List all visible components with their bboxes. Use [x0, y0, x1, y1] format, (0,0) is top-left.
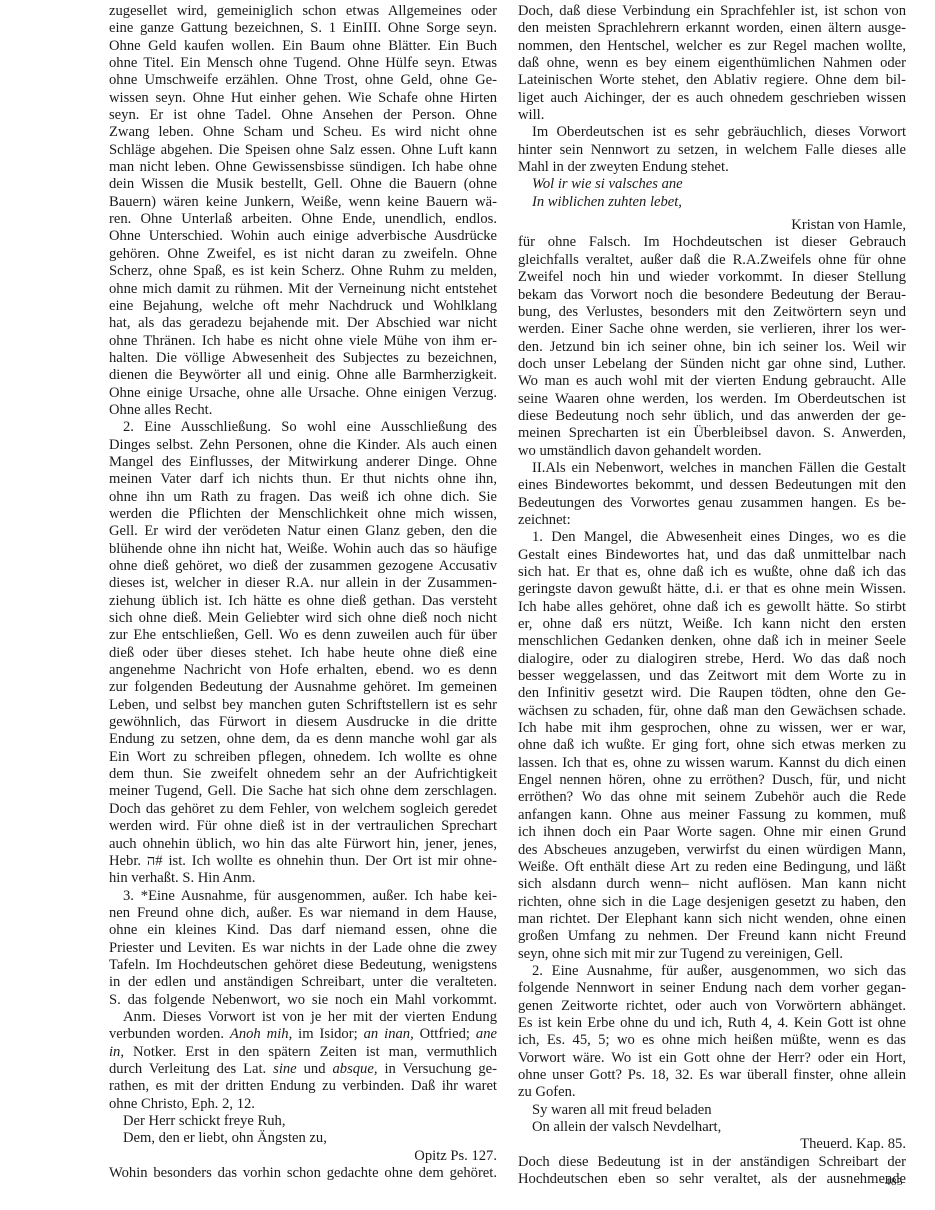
- text-line: eine Bejahung, welche oft mehr Nachdruck…: [109, 298, 497, 315]
- text-line: Ein Wort zu schreiben pflegen, ohnedem. …: [109, 749, 497, 766]
- text-line: Tafeln. Im Hochdeutschen gehöret diese B…: [109, 957, 497, 974]
- text-line: Gell. Er wird der verödeten Natur einen …: [109, 523, 497, 540]
- text-line: in, Notker. Erst in den spätern Zeiten i…: [109, 1044, 497, 1061]
- text-line: zugesellet wird, gemeiniglich schon etwa…: [109, 3, 497, 20]
- text-line: Es ist kein Erbe ohne du und ich, Ruth 4…: [518, 1015, 906, 1032]
- italic-term: an inan,: [364, 1026, 414, 1042]
- text-line: ohne unser Gott? Ps. 18, 32. Es war über…: [518, 1067, 906, 1084]
- text-line: seyn, ohne sich mit mir zur Tugend zu ve…: [518, 946, 906, 963]
- text-line: S. das folgende Nebenwort, wo sie noch e…: [109, 992, 497, 1009]
- text-line: ohne mich damit zu rühmen. Mit der Verne…: [109, 281, 497, 298]
- text-line: ich ihnen doch ein Paar Worte sagen. Ohn…: [518, 824, 906, 841]
- text-line: Theuerd. Kap. 85.: [518, 1136, 906, 1153]
- text-line: den. Jetzund bin ich seiner ohne, bin ic…: [518, 339, 906, 356]
- text-line: ohne daß ich wußte. Er ging fort, ohne s…: [518, 737, 906, 754]
- text-line: Scherz, ohne Spaß, es ist kein Scherz. O…: [109, 263, 497, 280]
- text-line: erröthen? Wo das ohne mit seinem Zubehör…: [518, 789, 906, 806]
- text-line: werden wird. Für ohne dieß ist in der ve…: [109, 818, 497, 835]
- text-line: Lateinischen Worte stehet, den Ablativ r…: [518, 72, 906, 89]
- text-line: werden die Pflichten der Menschlichkeit …: [109, 506, 497, 523]
- italic-term: ane: [476, 1026, 497, 1042]
- text-line: Sy waren all mit freud beladen: [518, 1102, 906, 1119]
- italic-term: absque,: [332, 1061, 377, 1077]
- text-line: sich alsdann durch wenn– nicht auflösen.…: [518, 876, 906, 893]
- text-line: dem thun. Sie zweifelt ohnedem sehr an d…: [109, 766, 497, 783]
- italic-term: sine: [273, 1061, 297, 1077]
- text-line: auch ohnehin üblich, wo hin das alte Für…: [109, 836, 497, 853]
- text-line: zur folgenden Bedeutung der Ausnahme geh…: [109, 679, 497, 696]
- text-line: zur Ehe entschließen, Gell. Wo es denn z…: [109, 627, 497, 644]
- text-line: menschlichen Gedanken denken, ohne daß i…: [518, 633, 906, 650]
- text-line: Bauern) wären keine Junkern, Weiße, wenn…: [109, 194, 497, 211]
- text-line: richten, ohne sich in die Lage desjenige…: [518, 894, 906, 911]
- text-line: Doch diese Bedeutung ist in der anständi…: [518, 1154, 906, 1171]
- text-line: ohne ihn um Rath zu fragen. Das weiß ich…: [109, 489, 497, 506]
- text-line: besser weggelassen, und das Zeitwort mit…: [518, 668, 906, 685]
- text-line: Mangel des Einflusses, der Mitwirkung an…: [109, 454, 497, 471]
- text-line: Ohne Geld kaufen wollen. Ein Baum ohne B…: [109, 38, 497, 55]
- left-text-column: zugesellet wird, gemeiniglich schon etwa…: [109, 3, 497, 1182]
- text-line: halten. Die völlige Abwesenheit des Subj…: [109, 350, 497, 367]
- italic-term: Anoh mih,: [230, 1026, 292, 1042]
- text-line: 2. Eine Ausnahme, für außer, ausgenommen…: [518, 963, 906, 980]
- text-line: Dinges selbst. Zehn Personen, ohne die K…: [109, 437, 497, 454]
- text-line: daß ohne, wenn es bey einem eigenthümlic…: [518, 55, 906, 72]
- text-line: Kristan von Hamle,: [518, 217, 906, 234]
- text-line: meinen Vater darf ich nichts thun. Er th…: [109, 471, 497, 488]
- text-line: Im Oberdeutschen ist es sehr gebräuchlic…: [518, 124, 906, 141]
- text-line: Leben, und selbst bey manchen guten Schr…: [109, 697, 497, 714]
- text-line: ohne Umschweife erzählen. Ohne Trost, oh…: [109, 72, 497, 89]
- text-line: man richtet. Der Elephant kann sich nich…: [518, 911, 906, 928]
- text-line: Opitz Ps. 127.: [109, 1148, 497, 1165]
- text-line: ohne ein kleines Kind. Das darf niemand …: [109, 922, 497, 939]
- text-line: man nicht leben. Ohne Gewissensbisse sün…: [109, 159, 497, 176]
- text-line: gleichfalls veraltet, außer daß die R.A.…: [518, 252, 906, 269]
- text-line: bekam das Vorwort noch die besondere Bed…: [518, 287, 906, 304]
- text-line: dieses ist, welcher in dieser R.A. nur a…: [109, 575, 497, 592]
- text-line: lassen. Ich that es, ohne zu wissen waru…: [518, 755, 906, 772]
- text-line: Priester und Leviten. Es war nichts in d…: [109, 940, 497, 957]
- right-text-column: Doch, daß diese Verbindung ein Sprachfeh…: [518, 3, 906, 1188]
- text-line: Anm. Dieses Vorwort ist von je her mit d…: [109, 1009, 497, 1026]
- text-line: sich ohne dieß. Mein Geliebter wird sich…: [109, 610, 497, 627]
- text-line: ohne dieß gehöret, wo dieß der zusammen …: [109, 558, 497, 575]
- text-line: hat, als das geradezu bejahende mit. Der…: [109, 315, 497, 332]
- text-line: II.Als ein Nebenwort, welches in manchen…: [518, 460, 906, 477]
- text-line: dienen die Beywörter all und einig. Ohne…: [109, 367, 497, 384]
- text-line: 3. *Eine Ausnahme, für ausgenommen, auße…: [109, 888, 497, 905]
- text-line: ren. Ohne Unterlaß arbeiten. Ohne Ende, …: [109, 211, 497, 228]
- text-line: On allein der valsch Nevdelhart,: [518, 1119, 906, 1136]
- text-line: dieß oder über dieses stehet. Ich habe h…: [109, 645, 497, 662]
- text-line: folgende Nennwort in seiner Endung nach …: [518, 980, 906, 997]
- text-line: nen Freund ohne dich, außer. Es war niem…: [109, 905, 497, 922]
- text-line: genen Zeitworte richtet, oder auch von V…: [518, 998, 906, 1015]
- text-line: dialogire, oder zu dialogiren strebe, He…: [518, 651, 906, 668]
- text-line: Doch das gehöret zu dem Fehler, von welc…: [109, 801, 497, 818]
- text-line: Hebr. ה# ist. Ich wollte es ohnehin thun…: [109, 853, 497, 870]
- text-line: Zwang leben. Ohne Scham und Scheu. Es wi…: [109, 124, 497, 141]
- text-line: Engel nennen hören, ohne zu erröthen? Du…: [518, 772, 906, 789]
- text-line: gehören. Ohne Zweifel, es ist nicht dara…: [109, 246, 497, 263]
- text-line: 1. Den Mangel, die Abwesenheit eines Din…: [518, 529, 906, 546]
- text-line: bung, des Verlustes, besonders mit den Z…: [518, 304, 906, 321]
- text-line: Ohne Unterschied. Wohin auch einige adve…: [109, 228, 497, 245]
- text-line: ohne Titel. Ein Mensch ohne Tugend. Ohne…: [109, 55, 497, 72]
- text-line: durch Verleitung des Lat. sine und absqu…: [109, 1061, 497, 1078]
- text-line: er, ohne daß ers nützt, Weiße. Ich kann …: [518, 616, 906, 633]
- text-line: verbunden worden. Anoh mih, im Isidor; a…: [109, 1026, 497, 1043]
- text-line: ohne Christo, Eph. 2, 12.: [109, 1096, 497, 1113]
- text-line: werden. Einer Sache ohne werden, sie ver…: [518, 321, 906, 338]
- text-line: Der Herr schickt freye Ruh,: [109, 1113, 497, 1130]
- text-line: den Infinitiv gesetzt wird. Die Raupen t…: [518, 685, 906, 702]
- text-line: Ich habe mit ihm gesprochen, ohne zu wis…: [518, 720, 906, 737]
- text-line: wissen seyn. Ohne Hut einher gehen. Wie …: [109, 90, 497, 107]
- text-line: Wo man es auch wohl mit der vierten Endu…: [518, 373, 906, 390]
- text-line: den meisten Sprachlehrern erkannt worden…: [518, 20, 906, 37]
- text-line: seine Waaren ohne werden, los werden. Im…: [518, 391, 906, 408]
- text-line: anfangen kann. Ohne aus meiner Fassung z…: [518, 807, 906, 824]
- text-line: ziehung üblich ist. Ich hätte es ohne di…: [109, 593, 497, 610]
- text-line: wächsen zu schaden, für, ohne daß man de…: [518, 703, 906, 720]
- text-line: Ich habe alles gehöret, ohne daß ich es …: [518, 599, 906, 616]
- text-line: Mahl in der zweyten Endung stehet.: [518, 159, 906, 176]
- text-line: nommen, den Hentschel, welcher es zur Re…: [518, 38, 906, 55]
- text-line: Endung zu setzen, ohne dem, da es denn m…: [109, 731, 497, 748]
- text-line: hin verhaßt. S. Hin Anm.: [109, 870, 497, 887]
- text-line: wo umständlich davon gehandelt worden.: [518, 443, 906, 460]
- text-line: des Abscheues anzugeben, verwirfst du ei…: [518, 842, 906, 859]
- text-line: 2. Eine Ausschließung. So wohl eine Auss…: [109, 419, 497, 436]
- text-line: Weiße. Oft enthält diese Art zu reden ei…: [518, 859, 906, 876]
- text-line: seyn. Er ist ohne Tadel. Ohne Ansehen de…: [109, 107, 497, 124]
- text-line: für ohne Falsch. Im Hochdeutschen ist di…: [518, 234, 906, 251]
- text-line: doch unser Lebelang der Sünden nicht gar…: [518, 356, 906, 373]
- text-line: zeichnet:: [518, 512, 906, 529]
- text-line: Dem, den er liebt, ohn Ängsten zu,: [109, 1130, 497, 1147]
- text-line: Ohne einige Ursache, ohne alle Ursache. …: [109, 385, 497, 402]
- text-line: Wohin besonders das vorhin schon gedacht…: [109, 1165, 497, 1182]
- italic-term: in,: [109, 1044, 124, 1060]
- text-line: Bedeutungen des Vorwortes genau zusammen…: [518, 495, 906, 512]
- text-line: liget auch Aichinger, der es auch ohnede…: [518, 90, 906, 107]
- text-line: blühende ohne ihn nicht hat, Weiße. Wohi…: [109, 541, 497, 558]
- text-line: zu Gofen.: [518, 1084, 906, 1101]
- page-number: 485: [885, 1176, 903, 1188]
- text-line: Wol ir wie si valsches ane: [518, 176, 906, 193]
- text-line: geringste davon gewußt hätte, d.i. er th…: [518, 581, 906, 598]
- text-line: eines Bindewortes bekommt, und dessen Be…: [518, 477, 906, 494]
- text-line: rathen, es mit der dritten Endung zu ver…: [109, 1078, 497, 1095]
- text-line: meiner Tugend, Gell. Die Sache hat sich …: [109, 783, 497, 800]
- text-line: angenehme Nachricht von Hofe erhalten, e…: [109, 662, 497, 679]
- text-line: Schläge abgehen. Die Speisen ohne Salz e…: [109, 142, 497, 159]
- text-line: will.: [518, 107, 906, 124]
- text-line: ich, Es. 45, 5; wo es ohne mich heißen m…: [518, 1032, 906, 1049]
- text-line: meinen Sprecharten ist ein Überbleibsel …: [518, 425, 906, 442]
- text-line: in der edlen und anständigen Schreibart,…: [109, 974, 497, 991]
- text-line: diese Bedeutung noch sehr üblich, und da…: [518, 408, 906, 425]
- text-line: eine ganze Gattung bezeichnen, S. 1 EinI…: [109, 20, 497, 37]
- text-line: Gestalt eines Bindewortes hat, und das d…: [518, 547, 906, 564]
- text-line: ohne Thränen. Ich habe es nicht ohne vie…: [109, 333, 497, 350]
- text-line: Zweifel noch hin und wieder vorkommt. In…: [518, 269, 906, 286]
- text-line: großen Umfang zu nehmen. Der Freund kann…: [518, 928, 906, 945]
- text-line: Hochdeutschen eben so sehr veraltet, als…: [518, 1171, 906, 1188]
- text-line: Doch, daß diese Verbindung ein Sprachfeh…: [518, 3, 906, 20]
- text-line: dein Wissen die Musik bestellt, Gell. Oh…: [109, 176, 497, 193]
- text-line: gewöhnlich, das Fürwort in diesem Ausdru…: [109, 714, 497, 731]
- text-line: Vorwort wäre. Wo ist ein Gott ohne der H…: [518, 1050, 906, 1067]
- text-line: hinter sein Nennwort zu setzen, in welch…: [518, 142, 906, 159]
- text-line: In wiblichen zuhten lebet,: [518, 194, 906, 211]
- text-line: sich hat. Er that es, ohne daß ich es wu…: [518, 564, 906, 581]
- text-line: Ohne alles Recht.: [109, 402, 497, 419]
